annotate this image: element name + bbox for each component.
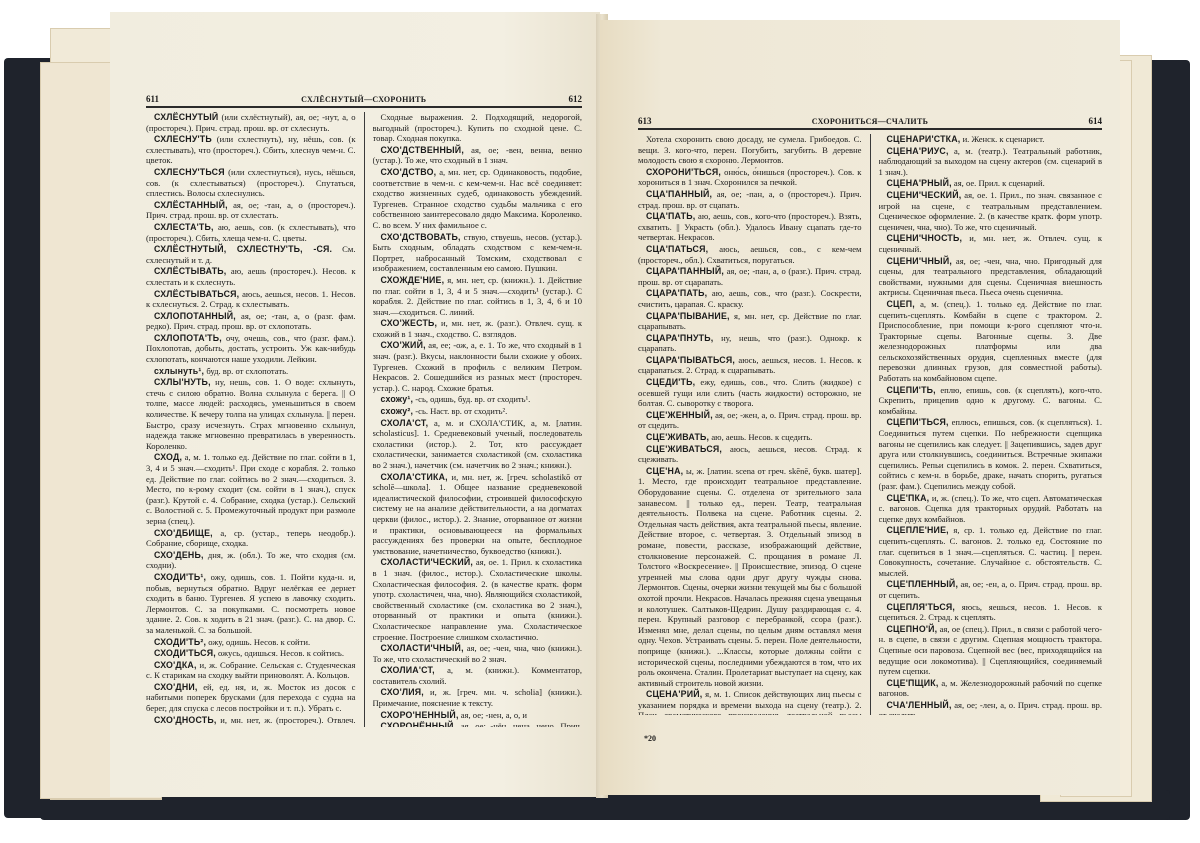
- column-divider: [364, 112, 365, 727]
- dictionary-entry: СХЛЁСНУТЫЙ (или схлёстнутый), ая, ое; -н…: [146, 112, 356, 133]
- headword: схожу¹,: [381, 394, 414, 404]
- headword: СХЛЫ'НУТЬ,: [154, 377, 211, 387]
- running-head-title: СХЛЁСНУТЫЙ—СХОРОНИТЬ: [301, 95, 426, 104]
- headword: СЦЕ'ПЩИК,: [887, 678, 939, 688]
- dictionary-entry: СХЛЁСТАННЫЙ, ая, ое; -тан, а, о (простор…: [146, 200, 356, 221]
- dictionary-entry: СЦЕП, а, м. (спец.). 1. только ед. Дейст…: [879, 299, 1103, 384]
- dictionary-entry: схожу¹, -сь, одишь, буд. вр. от сходить¹…: [373, 394, 583, 405]
- headword: СХОЛА'СТИКА,: [381, 472, 448, 482]
- dictionary-entry: СХО'ДСТВОВАТЬ, ствую, ствуешь, несов. (у…: [373, 232, 583, 274]
- definition-text: а, м. (спец.). 1. только ед. Действие по…: [879, 299, 1103, 383]
- dictionary-entry: СХЛЕСНУ'ТЬСЯ (или схлестнуться), нусь, н…: [146, 167, 356, 199]
- dictionary-entry: СЦЕНА'РНЫЙ, ая, ое. Прил. к сценарий.: [879, 178, 1103, 189]
- column-4: СЦЕНАРИ'СТКА, и. Женск. к сценарист.СЦЕН…: [879, 134, 1103, 715]
- headword: СЦА'ПАТЬСЯ,: [646, 244, 708, 254]
- headword: СХО'ДСТВЕННЫЙ,: [381, 145, 464, 155]
- dictionary-entry: СХО'ДНИ, ей, ед. ня, и, ж. Мосток из дос…: [146, 682, 356, 714]
- headword: СЦЕ'ЖЕННЫЙ,: [646, 410, 713, 420]
- definition-text: ожусь, одишься. Несов. к сойтись.: [216, 648, 344, 658]
- headword: СЦАРА'ПАННЫЙ,: [646, 266, 724, 276]
- text-columns: Хотела схоронить свою досаду, не сумела.…: [638, 134, 1102, 715]
- dictionary-entry: Хотела схоронить свою досаду, не сумела.…: [638, 134, 862, 166]
- headword: схожу²,: [381, 406, 414, 416]
- dictionary-entry: СЦЕНИ'ЧНЫЙ, ая, ое; -чен, чна, чно. Приг…: [879, 256, 1103, 298]
- dictionary-entry: схожу², -сь. Наст. вр. от сходить².: [373, 406, 583, 417]
- headword: СЦА'ПАТЬ,: [646, 211, 695, 221]
- dictionary-entry: СХОД, а, м. 1. только ед. Действие по гл…: [146, 452, 356, 526]
- dictionary-entry: СХОРОНИ'ТЬСЯ, оню́сь, о́нишься (просторе…: [638, 167, 862, 188]
- headword: СХОРОНИ'ТЬСЯ,: [646, 167, 721, 177]
- dictionary-entry: СХО'ДБИЩЕ, а, ср. (устар., теперь неодоб…: [146, 528, 356, 549]
- definition-text: а, м. 1. только ед. Действие по глаг. со…: [146, 452, 356, 526]
- headword: СХОЛАСТИ'ЧНЫЙ,: [381, 643, 464, 653]
- headword: СХЛЁСТЫВАТЬ,: [154, 266, 226, 276]
- definition-text: Сходные выражения. 2. Подходящий, недоро…: [373, 112, 583, 143]
- dictionary-entry: СХО'ЖИЙ, ая, ее; -ож, а, е. 1. То же, чт…: [373, 340, 583, 393]
- headword: СХЛОПОТАННЫЙ,: [154, 311, 236, 321]
- dictionary-entry: СХО'ДСТВЕННЫЙ, ая, ое; -вен, венна, венн…: [373, 145, 583, 166]
- dictionary-entry: СЦЕ'ПКА, и, ж. (спец.). То же, что сцеп.…: [879, 493, 1103, 525]
- headword: СЦЕПЛЕ'НИЕ,: [887, 525, 949, 535]
- dictionary-entry: СЦА'ПАТЬСЯ, аюсь, аешься, сов., с кем-че…: [638, 244, 862, 265]
- headword: СЦЕНА'РИУС,: [887, 146, 949, 156]
- dictionary-entry: СХЛЫ'НУТЬ, ну, нешь, сов. 1. О воде: схл…: [146, 377, 356, 451]
- dictionary-entry: СХО'ДЕНЬ, дня, ж. (обл.). То же, что схо…: [146, 550, 356, 571]
- headword: СХО'ДСТВО,: [381, 167, 437, 177]
- headword: СХЛЕСНУ'ТЬ: [154, 134, 212, 144]
- dictionary-entry: СЦЕПИ'ТЬСЯ, еплюсь, епишься, сов. (к сце…: [879, 417, 1103, 491]
- definition-text: ы, ж. [латин. scena от греч. skēnē, букв…: [638, 466, 862, 688]
- dictionary-entry: СЦЕПНО'Й, ая, ое (спец.). Прил., в связи…: [879, 624, 1103, 677]
- column-3: Хотела схоронить свою досаду, не сумела.…: [638, 134, 862, 715]
- dictionary-entry: СХЛЁСТНУТЫЙ, СХЛЕСТНУ'ТЬ, -СЯ. См. схлес…: [146, 244, 356, 265]
- dictionary-entry: СХЛЕСТА'ТЬ, аю, аешь, сов. (к схлестыват…: [146, 222, 356, 243]
- definition-text: буд. вр. от схлопотать.: [204, 366, 288, 376]
- dictionary-entry: СЧА'ЛЕННЫЙ, ая, ое; -лен, а, о. Прич. ст…: [879, 700, 1103, 715]
- dictionary-entry: СЦЕ'ЖЕННЫЙ, ая, ое; -жен, а, о. Прич. ст…: [638, 410, 862, 431]
- dictionary-entry: СХОЖДЕ'НИЕ, я, мн. нет, ср. (книжн.). 1.…: [373, 275, 583, 317]
- definition-text: -сь, одишь, буд. вр. от сходить¹.: [413, 394, 530, 404]
- headword: СХЛЕСТА'ТЬ,: [154, 222, 214, 232]
- headword: СЦЕПЛЯ'ТЬСЯ,: [887, 602, 956, 612]
- definition-text: и. Женск. к сценарист.: [960, 134, 1044, 144]
- headword: СХОД,: [154, 452, 182, 462]
- headword: СХЛЁСТАННЫЙ,: [154, 200, 228, 210]
- text-columns: СХЛЁСНУТЫЙ (или схлёстнутый), ая, ое; -н…: [146, 112, 582, 727]
- dictionary-entry: СЦЕ'ПЛЕННЫЙ, ая, ое; -ен, а, о. Прич. ст…: [879, 579, 1103, 600]
- signature-mark: *20: [644, 734, 656, 743]
- column-divider: [870, 134, 871, 715]
- left-page: 611 СХЛЁСНУТЫЙ—СХОРОНИТЬ 612 СХЛЁСНУТЫЙ …: [110, 12, 600, 797]
- definition-text: аю, аешь. Несов. к сцедить.: [709, 432, 812, 442]
- page-number-612: 612: [569, 94, 583, 104]
- dictionary-entry: СЦЕНИ'ЧНОСТЬ, и, мн. нет, ж. Отвлеч. сущ…: [879, 233, 1103, 254]
- headword: СХОДИ'ТЬ²,: [154, 637, 206, 647]
- dictionary-entry: СХО'ЛИЯ, и, ж. [греч. мн. ч. scholia] (к…: [373, 687, 583, 708]
- dictionary-entry: СХЛЁСТЫВАТЬСЯ, аюсь, аешься, несов. 1. Н…: [146, 289, 356, 310]
- dictionary-entry: СХОЛИА'СТ, а, м. (книжн.). Комментатор, …: [373, 665, 583, 686]
- dictionary-entry: СЦЕНИ'ЧЕСКИЙ, ая, ое. 1. Прил., по знач.…: [879, 190, 1103, 232]
- running-head-left: 611 СХЛЁСНУТЫЙ—СХОРОНИТЬ 612: [146, 90, 582, 104]
- dictionary-entry: СЦЕНА'РИУС, а, м. (театр.). Театральный …: [879, 146, 1103, 178]
- definition-text: ая, ое. 1. Прил. к схоластика в 1 знач. …: [373, 557, 583, 641]
- dictionary-entry: СХОДИ'ТЬ¹, ожу, одишь, сов. 1. Пойти куд…: [146, 572, 356, 636]
- headword: СХЛОПОТА'ТЬ,: [154, 333, 222, 343]
- dictionary-entry: СЦАРА'ПАТЬ, аю, аешь, сов., что (разг.).…: [638, 288, 862, 309]
- dictionary-entry: СЦЕНАРИ'СТКА, и. Женск. к сценарист.: [879, 134, 1103, 145]
- headword: СЦЕПИ'ТЬ,: [887, 385, 936, 395]
- running-head-title: СХОРОНИТЬСЯ—СЧАЛИТЬ: [812, 117, 928, 126]
- headword: СХО'ДЕНЬ,: [154, 550, 204, 560]
- headword: СЦЕ'ПЛЕННЫЙ,: [887, 579, 959, 589]
- dictionary-entry: СХОРО'НЕННЫЙ, ая, ое; -нен, а, о, и: [373, 710, 583, 721]
- headword: СЦА'ПАННЫЙ,: [646, 189, 712, 199]
- dictionary-entry: СХОРОНЁННЫЙ, ая, ое; -нён, нена, нено. П…: [373, 721, 583, 727]
- dictionary-entry: СЦЕДИ'ТЬ, ежу, едишь, сов., что. Слить (…: [638, 377, 862, 409]
- headword: СЦЕНА'РНЫЙ,: [887, 178, 952, 188]
- headword: СХОЖДЕ'НИЕ,: [381, 275, 445, 285]
- headword: СЦАРА'ПАТЬ,: [646, 288, 707, 298]
- header-rule: [638, 128, 1102, 130]
- dictionary-entry: СХОДИ'ТЬСЯ, ожусь, одишься. Несов. к сой…: [146, 648, 356, 659]
- dictionary-entry: СЦАРА'ПНУТЬ, ну, нешь, что (разг.). Одно…: [638, 333, 862, 354]
- header-rule: [146, 106, 582, 108]
- headword: СХЛЁСТНУТЫЙ, СХЛЕСТНУ'ТЬ, -СЯ.: [154, 244, 332, 254]
- running-head-right: 613 СХОРОНИТЬСЯ—СЧАЛИТЬ 614: [638, 112, 1102, 126]
- headword: СХО'ЖИЙ,: [381, 340, 426, 350]
- dictionary-entry: СХО'ДСТВО, а, мн. нет, ср. Одинаковость,…: [373, 167, 583, 231]
- headword: СХО'ДНИ,: [154, 682, 198, 692]
- dictionary-entry: СЦА'ПАТЬ, аю, аешь, сов., кого-что (прос…: [638, 211, 862, 243]
- dictionary-entry: СХОЛАСТИ'ЧНЫЙ, ая, ое; -чен, чна, чно (к…: [373, 643, 583, 664]
- dictionary-entry: СЦЕ'НА, ы, ж. [латин. scena от греч. skē…: [638, 466, 862, 688]
- definition-text: ая, ое; -нен, а, о, и: [459, 710, 527, 720]
- headword: СЦЕ'ПКА,: [887, 493, 930, 503]
- dictionary-entry: СЦЕПИ'ТЬ, еплю, епишь, сов. (к сцеплять)…: [879, 385, 1103, 417]
- headword: СЧА'ЛЕННЫЙ,: [887, 700, 952, 710]
- headword: СХОДИ'ТЬ¹,: [154, 572, 206, 582]
- dictionary-entry: СЦЕПЛЕ'НИЕ, я, ср. 1. только ед. Действи…: [879, 525, 1103, 578]
- headword: СХОРО'НЕННЫЙ,: [381, 710, 459, 720]
- headword: СЦАРА'ПЫВАНИЕ,: [646, 311, 730, 321]
- dictionary-entry: СЦЕНА'РИЙ, я, м. 1. Список действующих л…: [638, 689, 862, 715]
- dictionary-entry: СЦЕ'ЖИВАТЬ, аю, аешь. Несов. к сцедить.: [638, 432, 862, 443]
- dictionary-entry: СЦА'ПАННЫЙ, ая, ое; -пан, а, о (просторе…: [638, 189, 862, 210]
- headword: СХО'ДНОСТЬ,: [154, 715, 217, 725]
- headword: СХОЛАСТИ'ЧЕСКИЙ,: [381, 557, 474, 567]
- definition-text: и, мн. нет, ж. [греч. scholastikō от sch…: [373, 472, 583, 556]
- dictionary-entry: СХЛЕСНУ'ТЬ (или схлестнуть), ну, нёшь, с…: [146, 134, 356, 166]
- headword: СЦЕНИ'ЧНОСТЬ,: [887, 233, 963, 243]
- headword: СХОДИ'ТЬСЯ,: [154, 648, 216, 658]
- definition-text: еплюсь, епишься, сов. (к сцепляться). 1.…: [879, 417, 1103, 491]
- dictionary-entry: СХОЛА'СТ, а, м. и СХОЛА'СТИК, а, м. [лат…: [373, 418, 583, 471]
- column-1: СХЛЁСНУТЫЙ (или схлёстнутый), ая, ое; -н…: [146, 112, 356, 727]
- definition-text: Хотела схоронить свою досаду, не сумела.…: [638, 134, 862, 165]
- headword: СХО'ДСТВОВАТЬ,: [381, 232, 461, 242]
- dictionary-entry: СЦЕ'ПЩИК, а, м. Железнодорожный рабочий …: [879, 678, 1103, 699]
- dictionary-entry: СХО'ЖЕСТЬ, и, мн. нет, ж. (разг.). Отвле…: [373, 318, 583, 339]
- headword: СХО'ДКА,: [154, 660, 197, 670]
- headword: СЦЕП,: [887, 299, 915, 309]
- right-page: 613 СХОРОНИТЬСЯ—СЧАЛИТЬ 614 Хотела схоро…: [600, 20, 1120, 795]
- dictionary-entry: СХО'ДНОСТЬ, и, мн. нет, ж. (простореч.).…: [146, 715, 356, 727]
- dictionary-entry: СЦЕ'ЖИВАТЬСЯ, аюсь, аешься, несов. Страд…: [638, 444, 862, 465]
- dictionary-entry: Сходные выражения. 2. Подходящий, недоро…: [373, 112, 583, 144]
- headword: СХОЛИА'СТ,: [381, 665, 435, 675]
- headword: СХЛЁСНУТЫЙ: [154, 112, 218, 122]
- headword: СЦЕДИ'ТЬ,: [646, 377, 695, 387]
- headword: СХО'ДБИЩЕ,: [154, 528, 213, 538]
- headword: СЦАРА'ПНУТЬ,: [646, 333, 713, 343]
- headword: схлынуть¹,: [154, 366, 204, 376]
- definition-text: ая, ое. Прил. к сценарий.: [952, 178, 1045, 188]
- headword: СЦЕНИ'ЧЕСКИЙ,: [887, 190, 962, 200]
- headword: СЦЕНИ'ЧНЫЙ,: [887, 256, 953, 266]
- dictionary-entry: СХОДИ'ТЬ², ожу, одишь. Несов. к сойти.: [146, 637, 356, 648]
- page-number-611: 611: [146, 94, 159, 104]
- headword: СЦАРА'ПЫВАТЬСЯ,: [646, 355, 735, 365]
- headword: СХЛЕСНУ'ТЬСЯ: [154, 167, 225, 177]
- dictionary-entry: СХОЛА'СТИКА, и, мн. нет, ж. [греч. schol…: [373, 472, 583, 557]
- headword: СЦЕ'НА,: [646, 466, 683, 476]
- column-2: Сходные выражения. 2. Подходящий, недоро…: [373, 112, 583, 727]
- dictionary-entry: СХОЛАСТИ'ЧЕСКИЙ, ая, ое. 1. Прил. к схол…: [373, 557, 583, 642]
- headword: СХОЛА'СТ,: [381, 418, 429, 428]
- headword: СЦЕ'ЖИВАТЬСЯ,: [646, 444, 722, 454]
- headword: СХОРОНЁННЫЙ,: [381, 721, 457, 727]
- dictionary-entry: СХО'ДКА, и, ж. Собрание. Сельская с. Сту…: [146, 660, 356, 681]
- headword: СХЛЁСТЫВАТЬСЯ,: [154, 289, 239, 299]
- headword: СЦЕНАРИ'СТКА,: [887, 134, 961, 144]
- dictionary-entry: схлынуть¹, буд. вр. от схлопотать.: [146, 366, 356, 377]
- dictionary-entry: СЦАРА'ПЫВАНИЕ, я, мн. нет, ср. Действие …: [638, 311, 862, 332]
- headword: СЦЕНА'РИЙ,: [646, 689, 702, 699]
- definition-text: ну, нешь, сов. 1. О воде: схлынуть, стеч…: [146, 377, 356, 451]
- dictionary-entry: СЦАРА'ПАННЫЙ, ая, ое; -пан, а, о (разг.)…: [638, 266, 862, 287]
- headword: СЦЕПИ'ТЬСЯ,: [887, 417, 949, 427]
- definition-text: -сь. Наст. вр. от сходить².: [413, 406, 507, 416]
- dictionary-entry: СЦЕПЛЯ'ТЬСЯ, яюсь, яешься, несов. 1. Нес…: [879, 602, 1103, 623]
- dictionary-entry: СЦАРА'ПЫВАТЬСЯ, аюсь, аешься, несов. 1. …: [638, 355, 862, 376]
- headword: СХО'ЖЕСТЬ,: [381, 318, 438, 328]
- page-number-613: 613: [638, 116, 652, 126]
- dictionary-entry: СХЛОПОТАННЫЙ, ая, ое; -тан, а, о (разг. …: [146, 311, 356, 332]
- headword: СЦЕПНО'Й,: [887, 624, 938, 634]
- dictionary-entry: СХЛОПОТА'ТЬ, очу, очешь, сов., что (разг…: [146, 333, 356, 365]
- headword: СХО'ЛИЯ,: [381, 687, 424, 697]
- dictionary-entry: СХЛЁСТЫВАТЬ, аю, аешь (простореч.). Несо…: [146, 266, 356, 287]
- headword: СЦЕ'ЖИВАТЬ,: [646, 432, 709, 442]
- page-number-614: 614: [1088, 116, 1102, 126]
- definition-text: ожу, одишь. Несов. к сойти.: [206, 637, 310, 647]
